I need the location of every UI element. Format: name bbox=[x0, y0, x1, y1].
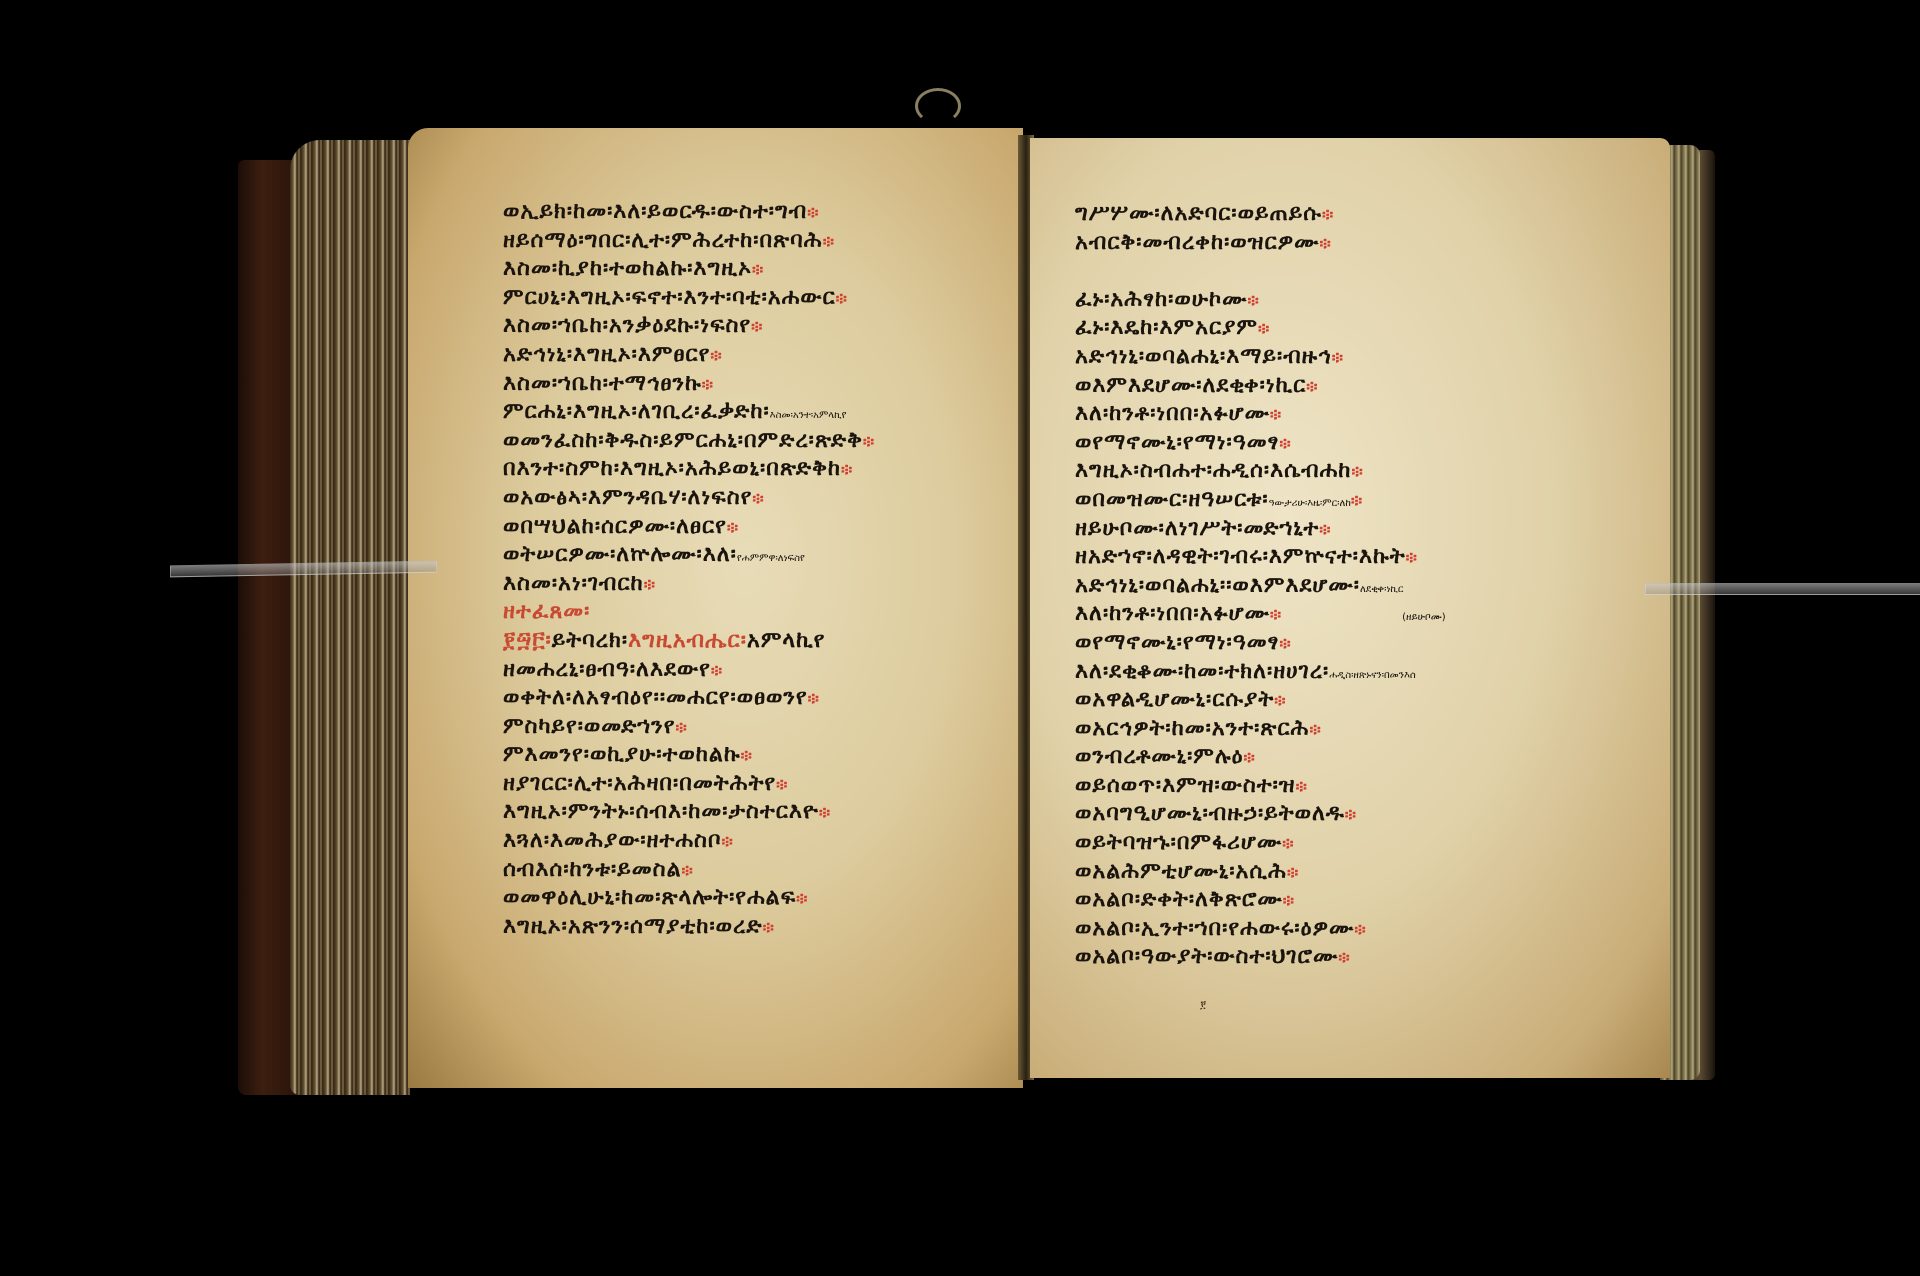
right-page-text-line: ፈኑ፡እዴከ፡እምአርያም፨ bbox=[1075, 314, 1640, 343]
left-page-text-line: እስመ፡ኪያከ፡ተወከልኩ፡እግዚኦ፨ bbox=[503, 255, 993, 284]
right-page-text-line: ዘይሁቦሙ፡ለነገሥት፡መድኀኒተ፨ bbox=[1075, 515, 1640, 544]
right-page-text-line: ወንብረቶሙኒ፡ምሉዕ፨ bbox=[1075, 743, 1640, 772]
left-page-text-line: ፻፵፫፡ይትባረክ፡እግዚአብሔር፡አምላኪየ bbox=[503, 627, 993, 656]
right-page-text-line: ወበመዝሙር፡ዘዓሠርቱ፡ዓውታሪሁ፡እዜ፡ምር፡ለከ፨ bbox=[1075, 486, 1640, 515]
left-page-text-line: እስመ፡አነ፡ገብርከ፨ bbox=[503, 570, 993, 599]
right-page-text-line: ፈኑ፡አሕፃከ፡ወሁኮሙ፨ bbox=[1075, 286, 1640, 315]
right-acrylic-clip bbox=[1645, 583, 1920, 595]
left-page-text-line: ወመዋዕሊሁኒ፡ከመ፡ጽላሎት፡የሐልፍ፨ bbox=[503, 884, 993, 913]
right-page-text-line: ወአልቦ፡ድቀት፡ለቅጽሮሙ፨ bbox=[1075, 886, 1640, 915]
left-cover-board bbox=[238, 160, 298, 1095]
right-page-text-line: ወአልቦ፡ዓውያት፡ውስተ፡ህገሮሙ፨ bbox=[1075, 943, 1640, 972]
right-page-text-line bbox=[1075, 257, 1640, 286]
right-page-text-line: አድኅነኒ፡ወባልሐኒ፡፡ወእምእደሆሙ፡ለደቂቀ፡ነኪር bbox=[1075, 572, 1640, 601]
right-page-text-line: ወአዋልዲሆሙኒ፡ርሱያት፨ bbox=[1075, 686, 1640, 715]
right-page-text-line: ወአባግዒሆሙኒ፡ብዙኃ፡ይትወለዱ፨ bbox=[1075, 800, 1640, 829]
right-page-text-line: እግዚኦ፡ስብሐተ፡ሐዲሰ፡እሴብሐከ፨ bbox=[1075, 457, 1640, 486]
left-page-text-line: አድኅነኒ፡እግዚኦ፡እምፀርየ፨ bbox=[503, 341, 993, 370]
right-page-text-line: አብርቅ፡መብረቀከ፡ወዝርዎሙ፨ bbox=[1075, 229, 1640, 258]
left-page-text-line: እስመ፡ኀቤከ፡ተማኅፀንኩ፨ bbox=[503, 370, 993, 399]
left-page-text-line: ወትሠርዎሙ፡ለኵሎሙ፡እለ፡የሐምምዋ፡ለነፍስየ bbox=[503, 541, 993, 570]
left-page-text-line: ምርሐኒ፡እግዚኦ፡ለገቢረ፡ፈቃድከ፡እስመ፡አንተ፡አምላኪየ bbox=[503, 398, 993, 427]
right-page-text-line: ወየማኖሙኒ፡የማነ፡ዓመፃ፨ bbox=[1075, 629, 1640, 658]
right-page-text-line: እለ፡ከንቶ፡ነበበ፡አፉሆሙ፨(ዘይሁቦሙ) bbox=[1075, 600, 1640, 629]
right-page-text-line: ወአርኅዎት፡ከመ፡አንተ፡ጽርሕ፨ bbox=[1075, 715, 1640, 744]
left-page-text-line: በእንተ፡ስምከ፡እግዚኦ፡አሕይወኒ፡በጽድቅከ፨ bbox=[503, 455, 993, 484]
left-page: ወኢይክ፡ከመ፡እለ፡ይወርዱ፡ውስተ፡ግብ፨ዘይሰማዕ፡ግበር፡ሊተ፡ምሕረተ… bbox=[408, 128, 1023, 1088]
right-page-text-line: ግሥሦሙ፡ለአድባር፡ወይጠይሱ፨ bbox=[1075, 200, 1640, 229]
left-page-text-line: ወመንፈስከ፡ቅዱስ፡ይምርሐኒ፡በምድረ፡ጽድቅ፨ bbox=[503, 427, 993, 456]
right-page-text-line: ወይሰወጥ፡እምዝ፡ውስተ፡ዝ፨ bbox=[1075, 772, 1640, 801]
right-page-text-line: ወእምእደሆሙ፡ለደቂቀ፡ነኪር፨ bbox=[1075, 372, 1640, 401]
left-page-text-line: ወበሣህልከ፡ሰርዎሙ፡ለፀርየ፨ bbox=[503, 513, 993, 542]
left-page-text-line: እስመ፡ኀቤከ፡አንቃዕደኩ፡ነፍስየ፨ bbox=[503, 312, 993, 341]
left-page-text-line: ወአውፅኣ፡እምንዳቤሃ፡ለነፍስየ፨ bbox=[503, 484, 993, 513]
bookmark-cord bbox=[915, 88, 961, 124]
bottom-margin-mark: ፻ bbox=[1200, 998, 1206, 1012]
left-page-text-line: ሰብእሰ፡ከንቱ፡ይመስል፨ bbox=[503, 856, 993, 885]
left-page-text-line: ዘተፈጸመ፡ bbox=[503, 598, 993, 627]
right-page-text-line: ወየማኖሙኒ፡የማነ፡ዓመፃ፨ bbox=[1075, 429, 1640, 458]
left-page-text-line: ምእመንየ፡ወኪያሁ፡ተወከልኩ፨ bbox=[503, 741, 993, 770]
right-page-text-line: ወአልቦ፡ኢንተ፡ኀበ፡የሐውሩ፡ዕዎሙ፨ bbox=[1075, 915, 1640, 944]
left-page-text-line: ዘያገርር፡ሊተ፡አሕዛበ፡በመትሕትየ፨ bbox=[503, 770, 993, 799]
right-page-text-line: እለ፡ደቂቆሙ፡ከመ፡ተክለ፡ዘሀገረ፡ሐዲስ፡ዘጽኑናን፡በመንእሰ bbox=[1075, 658, 1640, 687]
right-page-text-line: ወአልሕምቲሆሙኒ፡አሲሕ፨ bbox=[1075, 858, 1640, 887]
right-page-text: ግሥሦሙ፡ለአድባር፡ወይጠይሱ፨አብርቅ፡መብረቀከ፡ወዝርዎሙ፨ፈኑ፡አሕፃ… bbox=[1075, 200, 1640, 972]
left-page-text-line: እጓለ፡እመሕያው፡ዘተሐስቦ፨ bbox=[503, 827, 993, 856]
left-page-text-line: ወቀትለ፡ለአፃብዕየ፡፡መሐርየ፡ወፀወንየ፨ bbox=[503, 684, 993, 713]
left-page-text-line: ዘይሰማዕ፡ግበር፡ሊተ፡ምሕረተከ፡በጽባሕ፨ bbox=[503, 227, 993, 256]
right-page: ግሥሦሙ፡ለአድባር፡ወይጠይሱ፨አብርቅ፡መብረቀከ፡ወዝርዎሙ፨ፈኑ፡አሕፃ… bbox=[1030, 138, 1670, 1078]
right-page-text-line: ዘአድኀኖ፡ለዳዊት፡ገብሩ፡እምኵናተ፡እኩት፨ bbox=[1075, 543, 1640, 572]
left-page-text-line: ወኢይክ፡ከመ፡እለ፡ይወርዱ፡ውስተ፡ግብ፨ bbox=[503, 198, 993, 227]
left-page-text: ወኢይክ፡ከመ፡እለ፡ይወርዱ፡ውስተ፡ግብ፨ዘይሰማዕ፡ግበር፡ሊተ፡ምሕረተ… bbox=[503, 198, 993, 941]
left-page-block-edge bbox=[290, 140, 410, 1095]
left-page-text-line: ዘመሐረኒ፡ፀብዓ፡ለእደውየ፨ bbox=[503, 656, 993, 685]
left-page-text-line: ምርሀኒ፡እግዚኦ፡ፍኖተ፡እንተ፡ባቲ፡አሐውር፨ bbox=[503, 284, 993, 313]
right-page-text-line: አድኅነኒ፡ወባልሐኒ፡እማይ፡ብዙኅ፨ bbox=[1075, 343, 1640, 372]
left-page-text-line: ምስካይየ፡ወመድኀንየ፨ bbox=[503, 713, 993, 742]
right-page-text-line: ወይትባዝኁ፡በምፋሪሆሙ፨ bbox=[1075, 829, 1640, 858]
manuscript-photo: ወኢይክ፡ከመ፡እለ፡ይወርዱ፡ውስተ፡ግብ፨ዘይሰማዕ፡ግበር፡ሊተ፡ምሕረተ… bbox=[0, 0, 1920, 1276]
left-page-text-line: እግዚኦ፡አጽንን፡ሰማያቲከ፡ወረድ፨ bbox=[503, 913, 993, 942]
left-page-text-line: እግዚኦ፡ምንትኑ፡ሰብእ፡ከመ፡ታስተርእዮ፨ bbox=[503, 798, 993, 827]
right-page-text-line: እለ፡ከንቶ፡ነበበ፡አፉሆሙ፨ bbox=[1075, 400, 1640, 429]
